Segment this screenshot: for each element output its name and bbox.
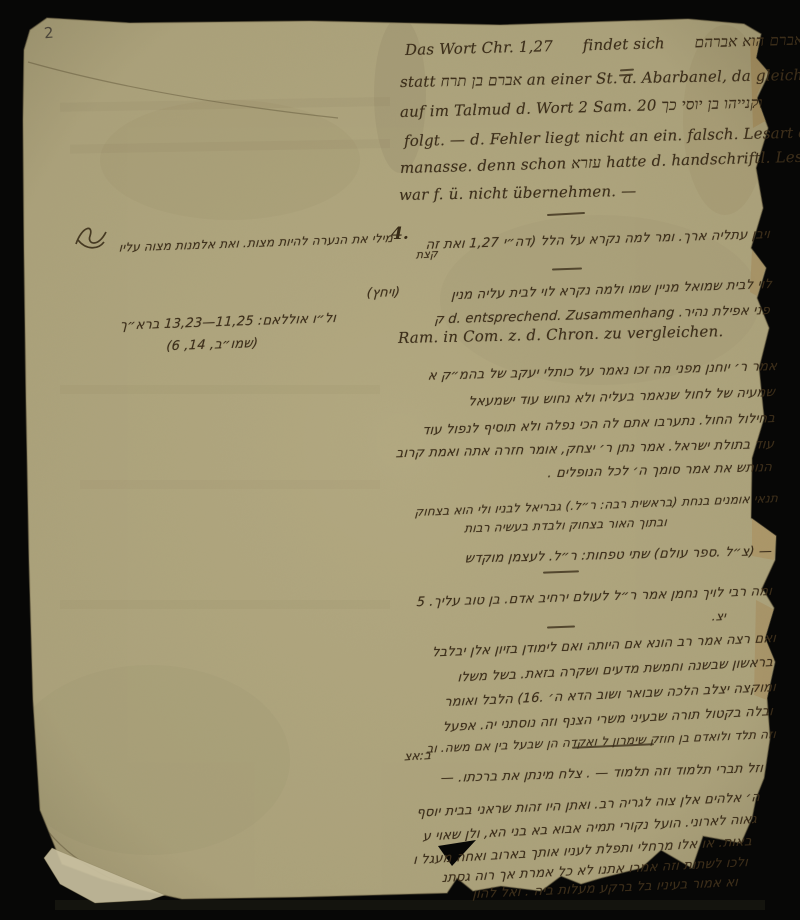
manuscript-scan: 2 Das Wort Chr. 1,27 findet sich אברם הו… <box>0 0 800 920</box>
body-line: יצ. <box>692 610 727 625</box>
margin-note: (ויחץ) <box>342 286 401 303</box>
body-line: ב:אצ <box>395 749 432 765</box>
section-line: קצת <box>408 248 438 263</box>
section-marker: 4. <box>391 224 409 244</box>
page-number: 2 <box>43 24 54 43</box>
scan-shadow-strip <box>55 900 765 910</box>
